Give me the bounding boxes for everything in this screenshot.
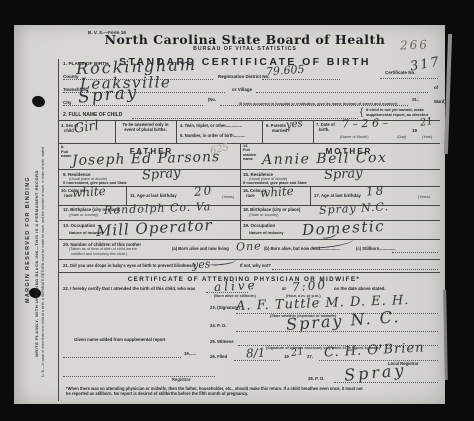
names-underline xyxy=(58,169,440,170)
alive-value: alive xyxy=(214,278,258,294)
born-alive-dead-label: (b) Born alive, but now dead............… xyxy=(264,247,340,252)
date-above-label: on the date above stated. xyxy=(334,287,386,292)
certificate-paper: MARGIN RESERVED FOR BINDING WRITE PLAINL… xyxy=(14,25,445,404)
mother-color-value: white xyxy=(260,184,295,200)
punch-hole-top xyxy=(31,94,47,108)
village-line xyxy=(256,91,428,93)
paper-torn-edge-bottom xyxy=(443,290,448,380)
father-birthplace-sub: (State or country) xyxy=(69,213,98,217)
father-occupation-line xyxy=(58,239,240,240)
dob-day-sub: (Day) xyxy=(397,135,406,139)
children-count-line xyxy=(58,259,440,260)
born-alive-living-value: One xyxy=(236,239,262,253)
form-left-rule xyxy=(58,59,59,401)
mother-birthplace-value: Spray N.C. xyxy=(319,200,390,217)
margin-permanent-record-text: WRITE PLAINLY, WITH UNFADING BLACK INK—T… xyxy=(34,170,39,357)
mother-residence-value: Spray xyxy=(324,166,363,183)
of-label: of xyxy=(434,85,438,90)
dob-year-prefix: 19 xyxy=(412,128,417,133)
sex-value: Girl xyxy=(73,118,100,136)
city-line xyxy=(63,104,203,106)
twin-label: 4. Twin, triplet, or other.............. xyxy=(180,124,242,129)
pen-stroke-drops xyxy=(210,258,236,266)
witness-label: 25. Witness xyxy=(210,340,234,345)
local-registrar-line xyxy=(319,359,438,361)
mother-color-divider xyxy=(310,186,311,205)
father-color-value: white xyxy=(72,184,107,200)
drops-row-line xyxy=(58,272,440,273)
father-occupation-label: 13. Occupation xyxy=(63,223,95,228)
parents-married-value: yes xyxy=(286,118,304,130)
child-name-line xyxy=(132,117,358,119)
certificate-no-value: 317 xyxy=(409,54,442,74)
mother-industry-label: Nature of industry xyxy=(249,231,283,236)
mother-name-label: 14. Full maiden name xyxy=(243,144,256,161)
physician-po-line xyxy=(236,330,438,332)
box-divider-4 xyxy=(313,120,314,143)
mother-birthplace-sub: (State or country) xyxy=(249,213,278,217)
mother-name-value: Annie Bell Cox xyxy=(262,150,388,168)
dob-month-sub: (Name of Month) xyxy=(340,135,369,139)
street-line xyxy=(220,104,408,106)
scanned-birth-certificate: MARGIN RESERVED FOR BINDING WRITE PLAINL… xyxy=(0,0,474,421)
born-alive-living-label: (a) Born alive and now living xyxy=(172,247,229,252)
footnote-line-2: be reported as stillborn. No report is d… xyxy=(66,392,248,397)
registrar-po-line xyxy=(334,381,438,383)
time-value: 7:00 xyxy=(292,278,328,294)
district-value: 79.605 xyxy=(266,63,305,79)
filed-year-value: 21 xyxy=(290,346,304,359)
physician-po-label: 24. P. O. xyxy=(210,324,226,329)
box-divider-2 xyxy=(176,120,177,143)
filed-label: 26. Filed xyxy=(210,355,227,360)
ward-label: Ward) xyxy=(434,100,446,105)
certificate-no-line xyxy=(380,77,438,79)
plural-births-note: To be answered only in event of plural b… xyxy=(118,123,173,133)
why-not-label: If not, why not? xyxy=(240,264,271,269)
drops-value: yes xyxy=(192,257,211,271)
village-label: or Village xyxy=(232,87,252,92)
dob-year-value: 21 xyxy=(419,116,433,129)
at-label: at xyxy=(282,287,286,292)
dob-written-value: 7 – 2 6 – xyxy=(342,116,388,131)
stillborn-line xyxy=(392,251,438,253)
mother-age-value: 18 xyxy=(366,183,386,198)
dob-label-2: birth. xyxy=(319,128,329,133)
father-name-value: Joseph Ed Parsons xyxy=(72,149,221,169)
father-age-years-sub: (Years) xyxy=(222,195,234,199)
district-line xyxy=(262,78,340,80)
birth-order-label: 5. Number, in order of birth.......... xyxy=(180,134,245,139)
father-name-label-b: name xyxy=(61,153,71,158)
street-label: St.; xyxy=(412,98,419,103)
mother-name-label-c: name xyxy=(243,157,253,161)
margin-binding-text: MARGIN RESERVED FOR BINDING xyxy=(25,176,31,303)
why-not-line xyxy=(272,268,438,270)
paper-torn-edge-top xyxy=(444,34,452,154)
mother-color-label-2: race xyxy=(246,194,255,199)
supplemental-year-label: 19...... xyxy=(184,352,196,357)
registrar-po-label: 28. P. O. xyxy=(308,377,324,382)
father-name-label: 8. Full name xyxy=(61,145,71,159)
bureau-subtitle: BUREAU OF VITAL STATISTICS xyxy=(90,47,400,53)
stamp-number: 266 xyxy=(400,37,429,52)
father-residence-value: Spray xyxy=(142,166,181,184)
stillborn-label: (c) Stillborn.............. xyxy=(356,247,396,252)
registrar-sign-line xyxy=(63,375,215,377)
father-birthplace-value: Randolph Co. Va xyxy=(104,200,212,217)
filed-date-value: 8/1 xyxy=(246,346,266,361)
board-title: North Carolina State Board of Health xyxy=(90,32,400,47)
mother-occupation-value: Domestic xyxy=(302,217,386,239)
margin-separate-return-text: N. B.—In case of more than one child at … xyxy=(41,147,45,377)
mother-occupation-label: 19. Occupation xyxy=(243,223,275,228)
child-name-label: 2. FULL NAME OF CHILD xyxy=(63,113,122,119)
box-divider-3 xyxy=(262,120,263,143)
drops-label: 21. Did you use drops in baby's eyes at … xyxy=(63,264,196,269)
street-no-label: (No. xyxy=(208,98,216,103)
dob-year-sub: (Year) xyxy=(422,135,432,139)
father-age-value: 20 xyxy=(193,183,214,199)
mother-age-label: 17. Age at last birthday xyxy=(314,194,361,199)
registrar-label: Registrar xyxy=(172,378,190,383)
supplemental-report-label: Given name added from supplemental repor… xyxy=(74,338,165,343)
children-count-label-3: certified and including this child.) xyxy=(71,252,127,256)
attended-label: 22. I hereby certify that I attended the… xyxy=(63,287,195,292)
mother-age-years-sub: (Years) xyxy=(418,195,430,199)
item-27-label: 27. xyxy=(307,355,313,360)
box-divider-1 xyxy=(115,120,116,143)
sex-label-2: child xyxy=(64,129,74,134)
column-divider xyxy=(240,143,241,239)
filed-year-prefix: 19 xyxy=(284,355,289,360)
father-age-label: 11. Age at last birthday xyxy=(130,194,177,199)
supplemental-date-line xyxy=(63,356,181,358)
